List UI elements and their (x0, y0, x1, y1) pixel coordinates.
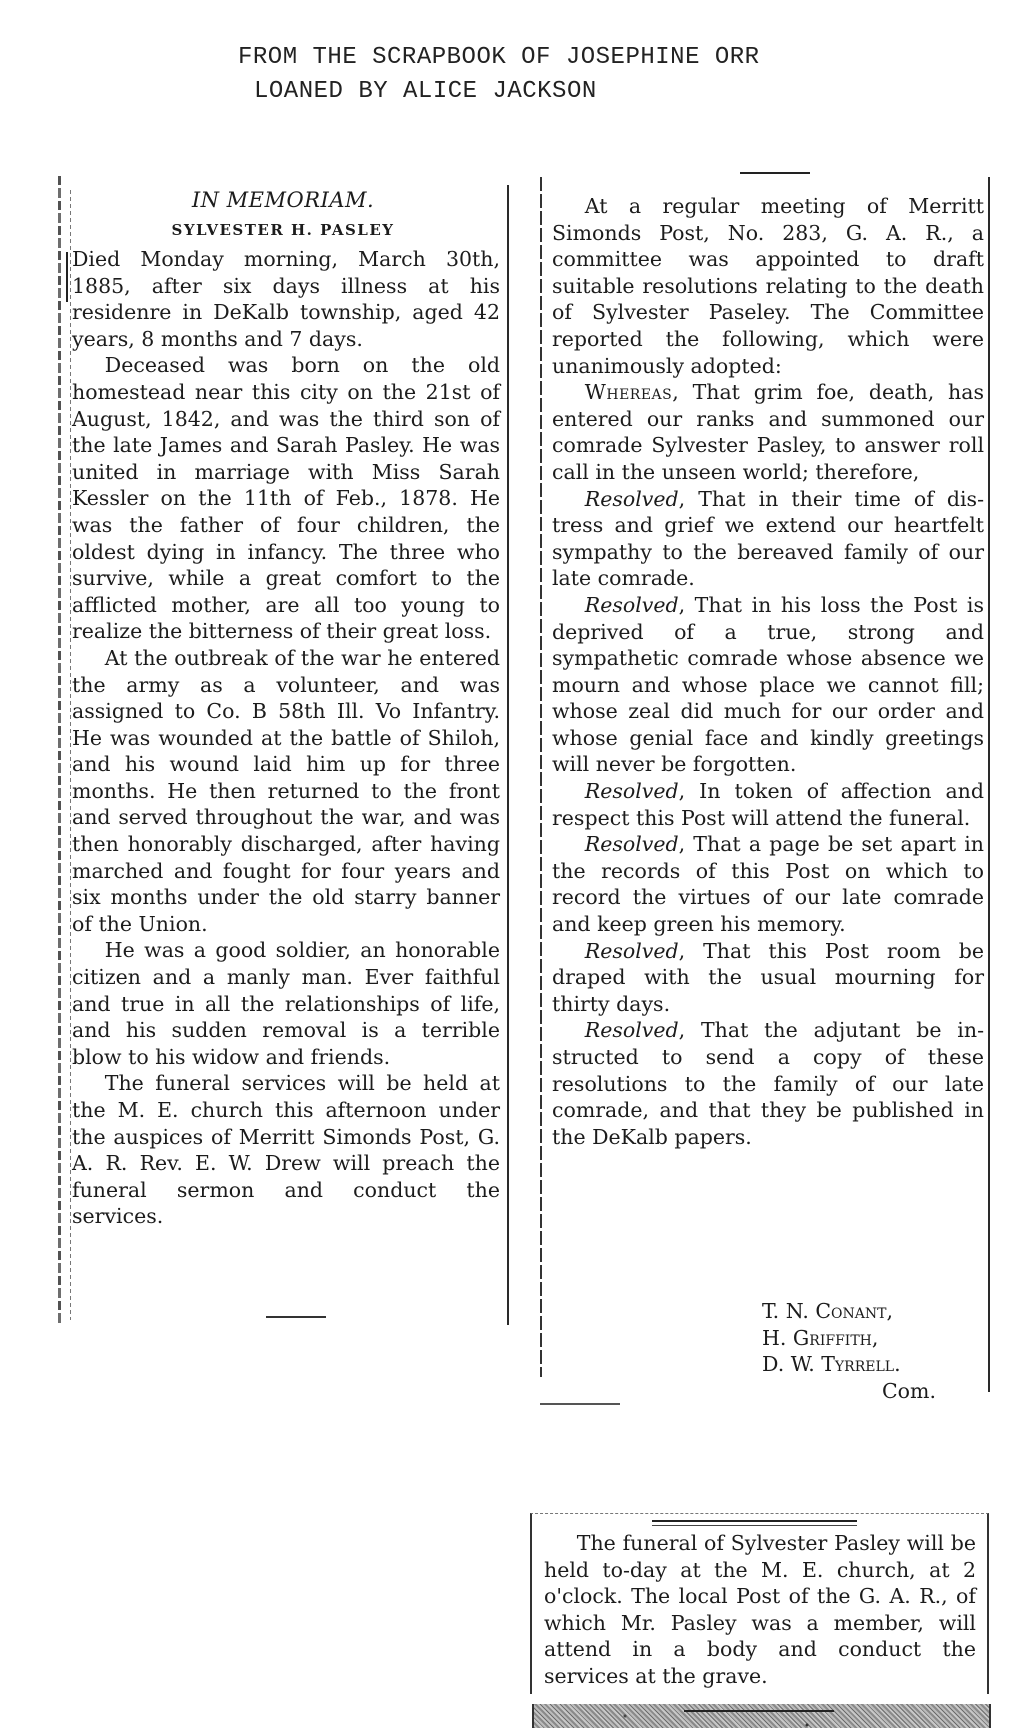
column-border-right (507, 185, 509, 1325)
resolved-label: Resolved (585, 779, 679, 803)
resolved-label: Resolved (585, 1018, 679, 1042)
obituary-subtitle: SYLVESTER H. PASLEY (58, 221, 508, 239)
obituary-body: Died Monday morning, March 30th, 1885, a… (72, 246, 500, 1230)
column-border-left (58, 176, 61, 1326)
bottom-rule (540, 1403, 620, 1405)
resolutions-clipping: At a regular meeting of Merritt Simonds … (540, 165, 1000, 1410)
signature: T. N. Conant, (762, 1298, 982, 1325)
column-border-left-inner (70, 190, 71, 1320)
resolution-paragraph: Resolved, That in his loss the Post is d… (552, 592, 984, 778)
obituary-paragraph: At the outbreak of the war he en­tered t… (72, 645, 500, 938)
resolution-paragraph: Resolved, In token of affection and resp… (552, 778, 984, 831)
obituary-clipping: IN MEMORIAM. SYLVESTER H. PASLEY Died Mo… (58, 170, 518, 1330)
double-rule (652, 1520, 857, 1522)
top-rule (740, 172, 810, 174)
committee-suffix: Com. (762, 1378, 982, 1405)
resolutions-body: At a regular meeting of Merritt Simonds … (552, 193, 984, 1150)
paragraph-marker (66, 252, 68, 302)
obituary-paragraph: Deceased was born on the old homestead n… (72, 352, 500, 645)
resolution-text: , That in his loss the Post is deprived … (552, 593, 984, 777)
resolved-label: Resolved (585, 593, 679, 617)
funeral-notice-body: The funeral of Sylvester Pasley will be … (544, 1530, 976, 1690)
funeral-notice-text: The funeral of Sylvester Pasley will be … (544, 1530, 976, 1690)
committee-signatures: T. N. Conant, H. Griffith, D. W. Tyrrell… (762, 1298, 982, 1404)
resolution-paragraph: Resolved, That in their time of dis­tres… (552, 486, 984, 592)
loaned-by-line: LOANED BY ALICE JACKSON (254, 78, 597, 105)
double-rule (652, 1525, 857, 1526)
obituary-paragraph: The funeral services will be held at the… (72, 1070, 500, 1230)
obituary-title: IN MEMORIAM. (58, 188, 508, 212)
adjacent-clipping-fragment (532, 1704, 991, 1728)
resolution-paragraph: Resolved, That a page be set apart in th… (552, 831, 984, 937)
funeral-notice-clipping: The funeral of Sylvester Pasley will be … (530, 1508, 995, 1728)
signature: H. Griffith, (762, 1325, 982, 1352)
obituary-paragraph: Died Monday morning, March 30th, 1885, a… (72, 246, 500, 352)
resolved-label: Resolved (585, 939, 679, 963)
signature: D. W. Tyrrell. (762, 1351, 982, 1378)
whereas-label: Whereas (585, 380, 672, 404)
resolution-paragraph: Resolved, That the adjutant be in­struct… (552, 1017, 984, 1150)
fragment-rule (684, 1710, 834, 1712)
end-rule (266, 1316, 326, 1318)
whereas-paragraph: Whereas, That grim foe, death, has enter… (552, 379, 984, 485)
resolutions-intro: At a regular meeting of Merritt Simonds … (552, 193, 984, 379)
column-border-right (988, 177, 990, 1392)
obituary-paragraph: He was a good soldier, an honor­able cit… (72, 937, 500, 1070)
resolved-label: Resolved (585, 832, 679, 856)
resolved-label: Resolved (585, 487, 679, 511)
scrapbook-source-line: FROM THE SCRAPBOOK OF JOSEPHINE ORR (238, 44, 760, 71)
resolution-paragraph: Resolved, That this Post room be draped … (552, 938, 984, 1018)
column-border-left (540, 177, 542, 1377)
